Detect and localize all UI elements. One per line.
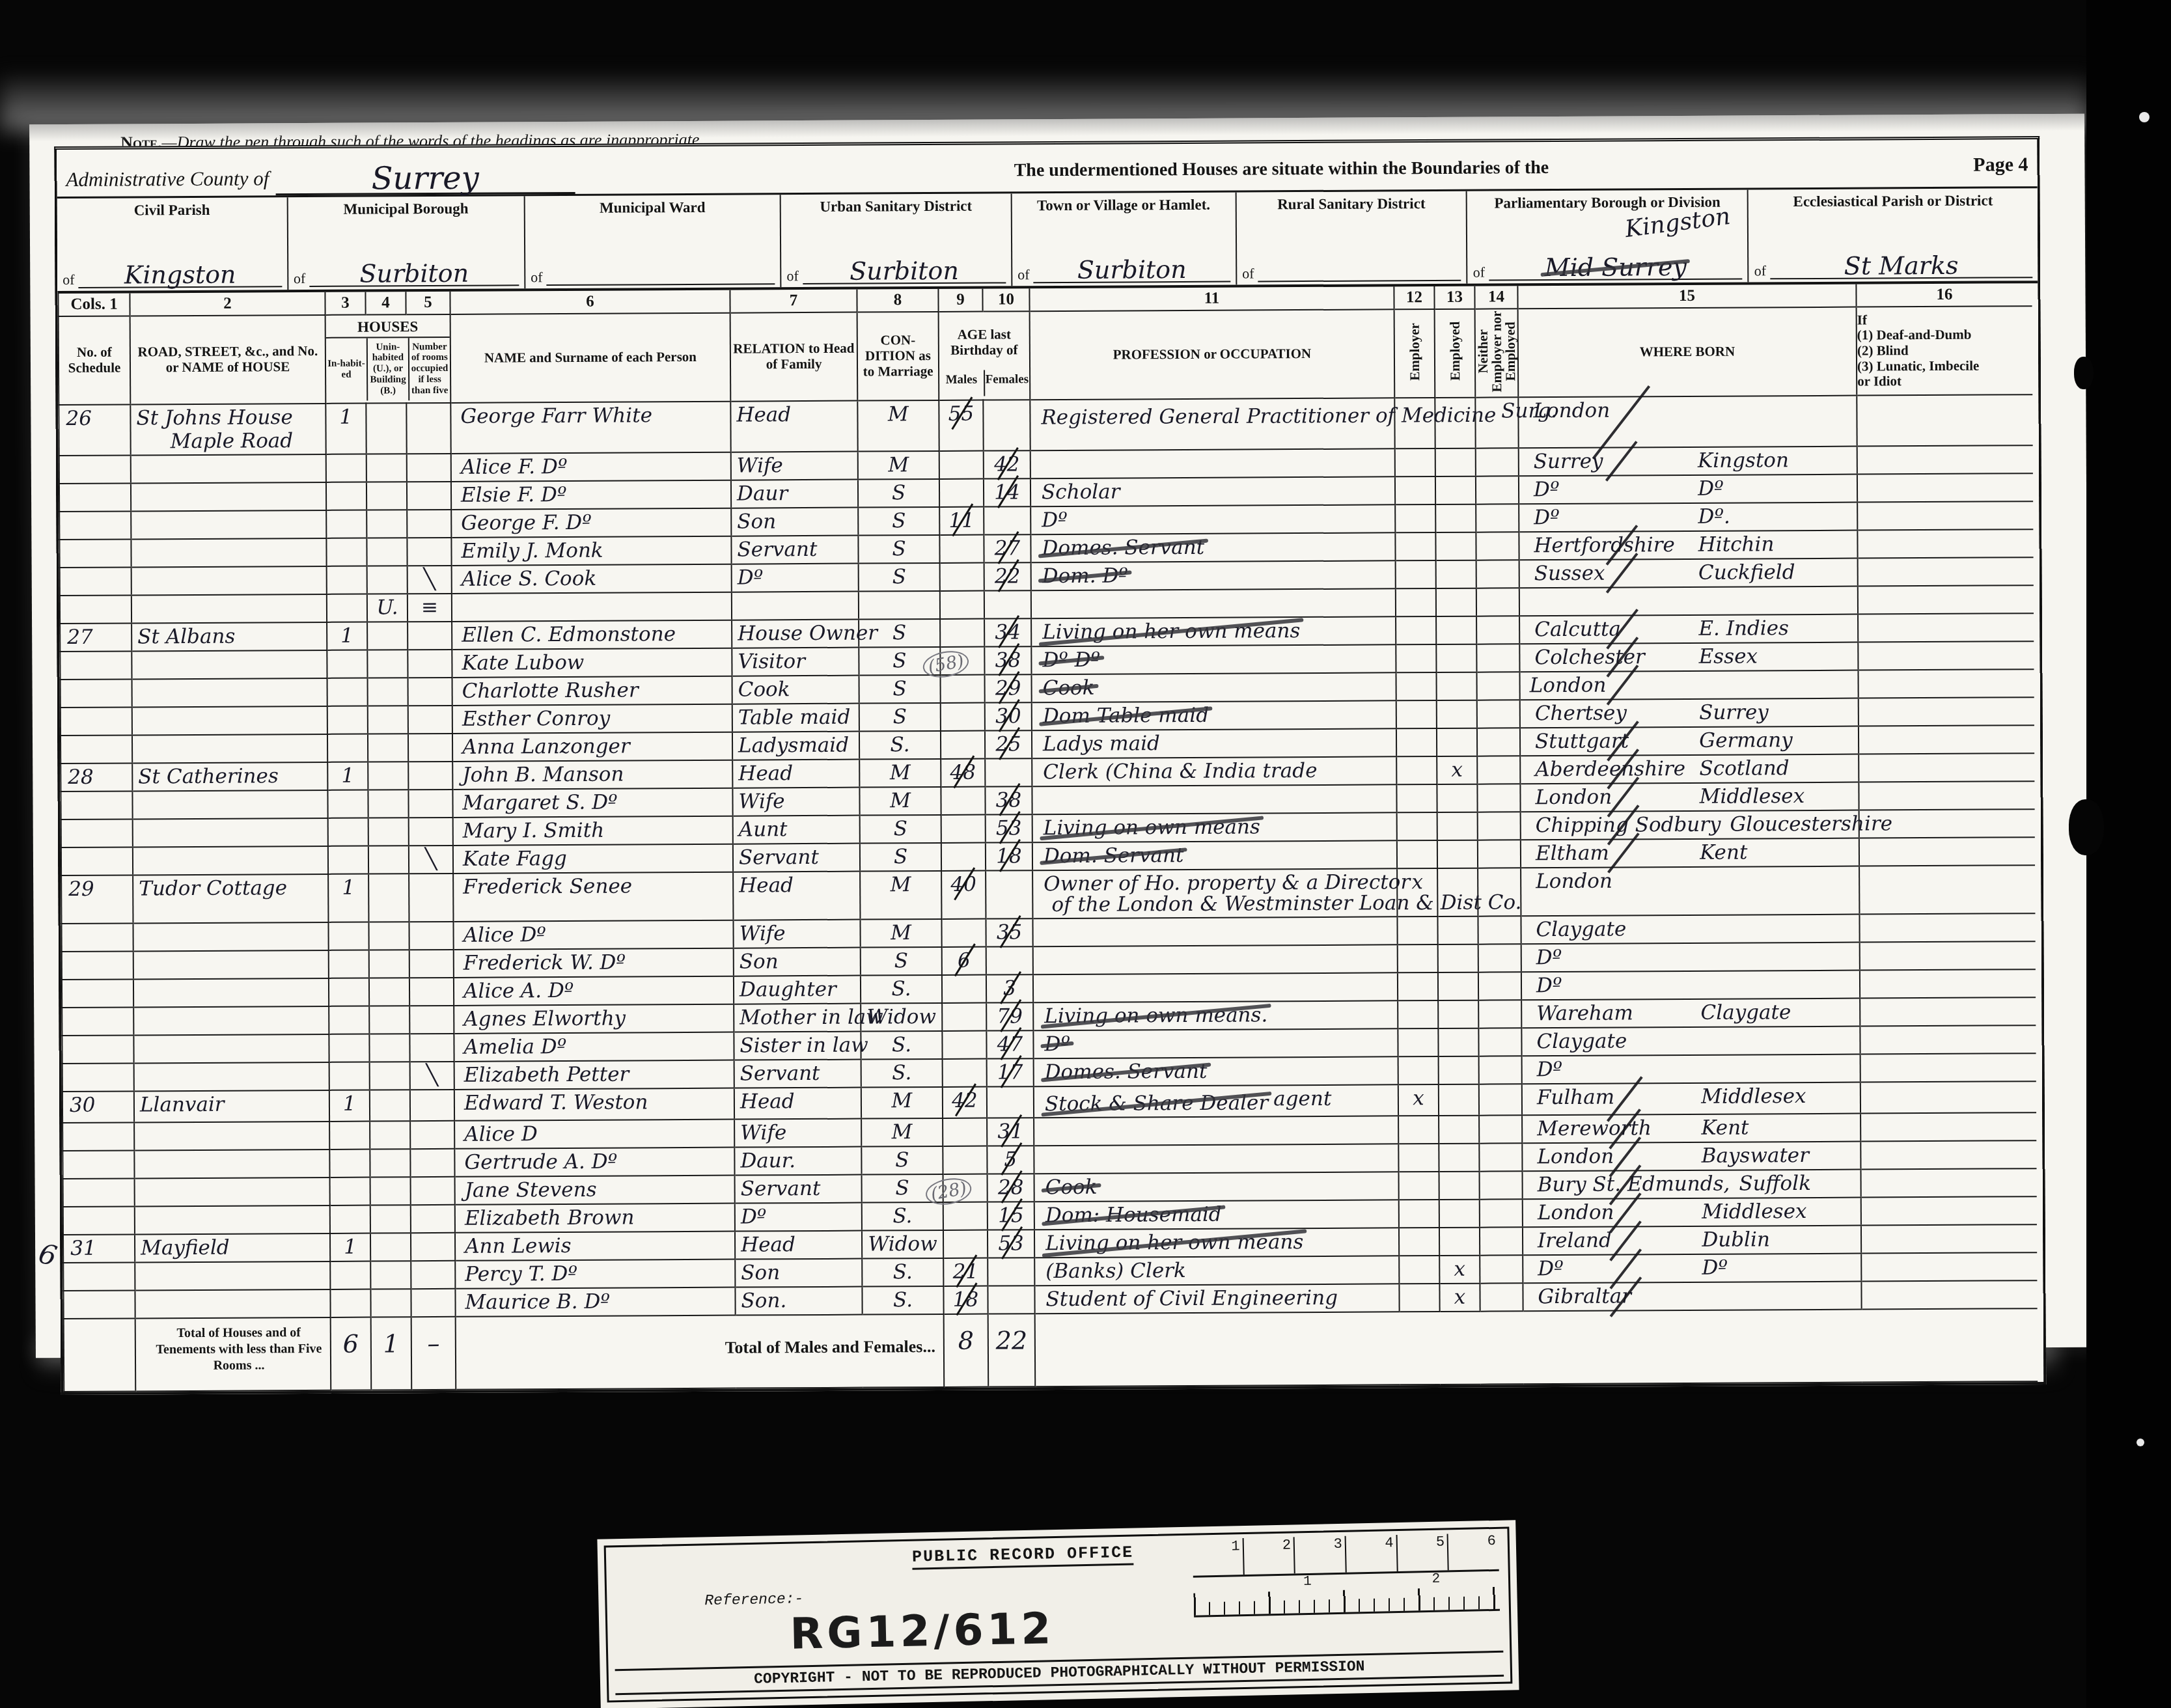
colnum-7: 7 (730, 290, 857, 313)
colnum-13: 13 (1434, 286, 1474, 309)
film-sprocket-dot (2139, 112, 2150, 122)
header-neither-label: Neither Employer nor Employed (1476, 309, 1517, 393)
cell-neither (1476, 476, 1519, 504)
cell-inhabited (329, 978, 369, 1006)
born-place: Dº (1523, 1255, 1693, 1282)
cell-infirmity (1861, 1168, 2037, 1197)
cell-employed (1437, 840, 1478, 868)
cell-age-male (942, 974, 986, 1002)
person-name: Elizabeth Petter (455, 1062, 629, 1086)
cell-house (133, 1034, 329, 1063)
district-field: Municipal Wardof (524, 195, 781, 288)
cell-rooms (409, 949, 454, 977)
cell-house (132, 678, 327, 707)
cell-age-female: 5 (987, 1146, 1034, 1174)
cell-age-male (941, 918, 986, 946)
district-of: of (1242, 265, 1254, 282)
cell-relation: Daur (731, 479, 858, 508)
header-age-group: AGE last Birthday of Males Females (939, 311, 1030, 400)
cell-house (134, 1122, 329, 1151)
cell-neither (1480, 1255, 1523, 1283)
inhabited-mark: 1 (339, 405, 352, 428)
condition: S (894, 949, 908, 972)
cell-house: St Albans (131, 622, 327, 651)
cell-where-born: Chipping SodburyGloucestershire (1521, 810, 1859, 840)
cell-uninhabited (367, 566, 408, 594)
district-label: Municipal Borough (293, 200, 518, 218)
condition: S (892, 565, 906, 588)
occupation: Scholar (1042, 480, 1120, 504)
cell-employer (1394, 397, 1435, 448)
cell-employer (1399, 1256, 1439, 1284)
colnum-10: 10 (982, 288, 1029, 311)
cell-employer (1396, 784, 1437, 812)
cell-schedule (60, 595, 131, 624)
cell-employed (1439, 1143, 1479, 1171)
cell-relation: Head (734, 1087, 861, 1119)
cell-rooms (409, 921, 453, 949)
cell-schedule (61, 679, 132, 708)
cell-relation: Servant (731, 535, 858, 564)
cell-age-male: 18 (943, 1286, 988, 1314)
cell-age-male (942, 1030, 986, 1058)
cell-relation: Son (734, 947, 861, 976)
cell-employed (1437, 784, 1477, 812)
relation: Table maid (733, 705, 851, 729)
person-name: Mary I. Smith (454, 818, 605, 842)
film-sprocket-dot (2136, 1439, 2144, 1446)
born-county: London (1520, 672, 1606, 698)
cell-schedule (61, 791, 132, 820)
house-name: Tudor Cottage (133, 874, 327, 902)
cell-rooms (409, 1033, 454, 1061)
cell-age-female: 30 (985, 702, 1032, 730)
cell-inhabited (327, 678, 368, 706)
cell-age-male (939, 450, 984, 478)
cell-age-male (939, 478, 984, 506)
cell-infirmity (1860, 969, 2036, 998)
cell-rooms (411, 1205, 455, 1233)
employer-mark: x (1411, 870, 1423, 894)
cell-neither (1480, 1171, 1523, 1199)
cell-rooms (408, 733, 452, 761)
born-place: Claygate (1522, 1027, 1691, 1054)
cell-occupation (1034, 1116, 1398, 1146)
cell-name: Percy T. Dº (455, 1259, 735, 1288)
cell-uninhabited (366, 403, 406, 454)
occupation: Student of Civil Engineering (1045, 1286, 1338, 1311)
cell-relation: Son (731, 507, 858, 536)
cell-schedule (59, 455, 131, 484)
occupation-line: Stock & Share Dealeragent (1034, 1085, 1398, 1117)
cell-relation: Son (735, 1258, 862, 1287)
cell-name: Emily J. Monk (451, 536, 731, 565)
age-female: 28 (994, 1174, 1028, 1200)
cell-employer (1396, 728, 1437, 756)
totals-males: 8 (944, 1314, 989, 1386)
cell-relation: Sister in law (734, 1031, 861, 1060)
occupation-line: Cook (1035, 1172, 1398, 1200)
header-road: ROAD, STREET, &c., and No. or NAME of HO… (130, 315, 326, 404)
cell-inhabited (326, 538, 366, 566)
cell-rooms: ╲ (409, 845, 453, 873)
header-males: Males (939, 370, 984, 396)
person-name: Frederick Senee (454, 874, 632, 898)
cell-neither (1476, 504, 1519, 532)
cell-inhabited (327, 594, 367, 622)
relation: Head (733, 762, 793, 785)
cell-neither (1479, 1084, 1522, 1116)
condition: Widow (867, 1005, 936, 1029)
colnum-4: 4 (365, 292, 406, 314)
cell-relation: Head (735, 1230, 862, 1259)
cell-where-born (1519, 586, 1858, 616)
cell-age-male (941, 674, 985, 702)
occupation-line: Dº (1031, 505, 1394, 533)
cell-age-female: 29 (985, 674, 1032, 702)
cell-employed (1436, 644, 1476, 672)
cell-name: Elsie F. Dº (451, 480, 731, 509)
cell-neither (1477, 756, 1520, 784)
cell-employed (1437, 700, 1477, 728)
cell-name: Margaret S. Dº (452, 788, 732, 817)
column-header-row: No. of Schedule ROAD, STREET, &c., and N… (59, 306, 2033, 404)
condition: M (888, 402, 909, 426)
cell-occupation (1032, 916, 1397, 946)
inhabited-mark: 1 (340, 624, 353, 647)
person-name: Kate Lubow (452, 650, 584, 674)
cell-age-male (940, 590, 984, 618)
reference-number: RG12/612 (790, 1603, 1055, 1659)
age-female: 53 (992, 815, 1026, 841)
colnum-8: 8 (857, 289, 938, 312)
cell-uninhabited (370, 1090, 410, 1122)
born-place: Calcutta (1520, 615, 1689, 642)
cell-inhabited: 1 (327, 762, 368, 790)
occupation: Dom. Servant (1044, 844, 1184, 868)
relation: Son (732, 510, 776, 533)
district-of: of (786, 268, 798, 284)
district-label: Town or Village or Hamlet. (1017, 197, 1230, 215)
condition: S (892, 537, 906, 560)
cell-uninhabited (368, 874, 409, 922)
cell-where-born: LondonMiddlesex (1523, 1197, 1861, 1227)
district-field: Ecclesiastical Parish or DistrictofSt Ma… (1747, 188, 2038, 282)
cell-infirmity (1860, 1140, 2036, 1169)
schedule-number: 30 (63, 1093, 96, 1116)
cell-infirmity (1857, 501, 2033, 530)
header-employed-label: Employed (1448, 322, 1461, 381)
header-houses-group: HOUSES In-habit-ed Unin-habited (U.), or… (325, 314, 451, 404)
age-female: 15 (994, 1202, 1028, 1228)
occupation-line: Scholar (1031, 477, 1394, 505)
cell-neither (1475, 397, 1518, 448)
cell-relation (732, 591, 859, 620)
cell-occupation: (Banks) Clerk (1034, 1256, 1399, 1286)
cell-condition: S (858, 534, 939, 563)
reference-label: Reference:- (704, 1590, 803, 1609)
cell-age-male (941, 786, 985, 814)
occupation: (Banks) Clerk (1045, 1259, 1186, 1283)
condition: S. (893, 1260, 913, 1284)
born-county: Dº (1693, 1254, 1728, 1280)
cell-employed (1439, 1171, 1480, 1199)
house-name: St Albans (132, 622, 326, 650)
born-place: Fulham (1523, 1083, 1692, 1110)
district-value: Surbiton (1077, 255, 1187, 284)
cell-neither (1479, 1143, 1522, 1171)
cell-rooms (407, 481, 451, 509)
cell-occupation: Ladys maid (1032, 728, 1396, 758)
occupation-line: Living on own means (1033, 813, 1396, 841)
cell-age-female: 27 (984, 534, 1030, 562)
cell-employed (1436, 560, 1476, 588)
cell-schedule (63, 1206, 135, 1235)
cell-house (132, 790, 327, 819)
cell-infirmity (1860, 997, 2036, 1026)
cell-inhabited (327, 734, 368, 762)
cell-employed (1439, 1056, 1479, 1084)
condition: S (892, 481, 906, 504)
cell-inhabited (328, 922, 368, 950)
cell-neither (1478, 1000, 1521, 1028)
cell-name: Frederick W. Dº (454, 948, 734, 977)
cell-house (133, 978, 329, 1007)
cell-where-born: DºDº. (1519, 502, 1857, 532)
cell-age-male (941, 730, 985, 758)
cell-infirmity (1861, 1280, 2037, 1309)
born-county: Germany (1690, 727, 1793, 754)
cell-age-female: 22 (984, 562, 1031, 590)
born-county: Middlesex (1691, 783, 1805, 810)
cell-age-male: 48 (941, 758, 985, 786)
cell-schedule (59, 539, 131, 568)
relation: Servant (732, 537, 817, 561)
cell-where-born: Dº (1522, 1054, 1860, 1084)
person-name: Alice A. Dº (454, 978, 574, 1002)
cell-where-born: ElthamKent (1521, 838, 1859, 868)
cell-where-born: FulhamMiddlesex (1522, 1082, 1860, 1115)
cell-schedule (61, 819, 133, 847)
cell-age-female: 17 (987, 1058, 1034, 1086)
cell-schedule (60, 651, 131, 680)
cell-infirmity (1857, 529, 2033, 558)
cell-age-female (988, 1258, 1034, 1286)
inhabited-mark: 1 (343, 1092, 356, 1115)
rooms-mark: ╲ (423, 568, 436, 591)
district-of: of (531, 269, 542, 286)
age-male: 42 (948, 1087, 982, 1113)
cell-inhabited (329, 950, 369, 978)
cell-house (135, 1261, 330, 1291)
cell-condition: S. (862, 1202, 943, 1231)
cell-condition: S. (862, 1286, 943, 1315)
cell-house (131, 510, 326, 539)
cell-occupation: Stock & Share Dealeragent (1034, 1084, 1398, 1118)
cell-relation: Cook (732, 675, 859, 704)
condition: S (894, 817, 907, 840)
cell-employed (1436, 616, 1476, 644)
cell-occupation: Scholar (1030, 476, 1395, 506)
ruler-inch-segment: 1 (1193, 1538, 1243, 1576)
district-value: Surbiton (850, 256, 959, 286)
cell-inhabited: 1 (325, 403, 366, 454)
cell-inhabited: 1 (330, 1233, 370, 1261)
cell-house (132, 734, 327, 763)
cell-name: Kate Lubow (452, 648, 732, 677)
person-name: Alice S. Cook (452, 566, 597, 590)
cell-neither (1476, 672, 1519, 700)
cell-neither (1476, 448, 1519, 476)
occupation: Stock & Share Dealer (1045, 1091, 1268, 1116)
cell-schedule (62, 1007, 133, 1036)
district-of: of (1473, 264, 1485, 281)
cell-schedule (62, 979, 133, 1008)
cell-relation: Head (730, 400, 857, 452)
person-name: Alice F. Dº (452, 454, 568, 478)
cell-neither (1478, 944, 1521, 972)
cell-rooms (411, 1261, 455, 1289)
cell-age-male (943, 1230, 988, 1258)
condition: S (892, 621, 906, 644)
cell-age-male (942, 1002, 986, 1030)
cell-rooms (411, 1289, 455, 1317)
person-name: Charlotte Rusher (453, 678, 639, 702)
cell-occupation (1033, 944, 1398, 974)
cell-age-male (941, 842, 986, 870)
cell-neither (1476, 532, 1519, 560)
copyright-line: COPYRIGHT - NOT TO BE REPRODUCED PHOTOGR… (615, 1651, 1504, 1696)
occupation-line: Dom. Servant (1033, 841, 1396, 869)
cell-house: St Johns HouseMaple Road (130, 403, 325, 455)
cell-relation: Dº (732, 563, 859, 592)
condition: S. (893, 1288, 913, 1312)
cell-relation: Wife (732, 787, 859, 816)
cell-relation: Son. (735, 1286, 862, 1315)
cell-occupation: Dom. Servant (1032, 840, 1397, 870)
age-female: 79 (993, 1003, 1027, 1029)
born-county: Hitchin (1689, 531, 1775, 558)
schedule-number: 26 (59, 406, 92, 430)
colnum-16: 16 (1856, 283, 2032, 307)
cell-condition: M (861, 1086, 943, 1118)
relation: House Owner (732, 621, 878, 645)
cell-age-female (988, 1286, 1034, 1314)
ruler-inch-segment: 6 (1447, 1533, 1499, 1571)
cell-condition: Widow (862, 1230, 943, 1259)
employed-mark: x (1451, 758, 1463, 781)
cell-employer (1396, 672, 1436, 700)
cell-age-female: 35 (986, 918, 1032, 946)
cell-relation: Aunt (733, 815, 860, 844)
cell-uninhabited (368, 922, 409, 950)
cell-condition: M (859, 758, 941, 787)
cell-employer (1399, 1200, 1439, 1228)
cell-infirmity (1858, 641, 2034, 670)
cell-house (135, 1205, 330, 1235)
cell-where-born: London (1518, 395, 1857, 448)
cell-age-male (941, 814, 986, 842)
cell-employer (1396, 588, 1436, 616)
occupation-line: (Banks) Clerk (1035, 1256, 1398, 1284)
cell-name: George F. Dº (451, 508, 731, 537)
cell-schedule: 28 (61, 763, 132, 792)
cell-uninhabited (370, 1261, 411, 1289)
condition: S (892, 509, 906, 532)
cell-where-born: Bury St. Edmunds,Suffolk (1523, 1169, 1861, 1199)
cell-employer (1398, 972, 1438, 1000)
header-employer-label: Employer (1407, 323, 1421, 381)
cell-employed (1439, 1084, 1479, 1116)
born-county: Dº. (1689, 503, 1730, 529)
cell-employer (1396, 560, 1436, 588)
cell-occupation: Living on own means. (1033, 1000, 1398, 1030)
schedule-number: 29 (62, 877, 94, 900)
district-label: Rural Sanitary District (1241, 195, 1461, 213)
cell-condition: S (859, 618, 940, 647)
cell-condition: M (860, 918, 941, 947)
cell-age-male: 55 (939, 400, 983, 450)
cell-inhabited (326, 454, 366, 482)
born-place: Colchester (1520, 643, 1689, 670)
header-uninhabited: Unin-habited (U.), or Building (B.) (366, 338, 409, 400)
ruler-cm-1: 1 (1303, 1575, 1312, 1590)
cell-occupation (1034, 1144, 1398, 1174)
cell-where-born: SurreyKingston (1519, 446, 1857, 476)
cell-employer (1398, 944, 1438, 972)
district-of: of (62, 271, 74, 288)
cell-employed (1437, 728, 1477, 756)
person-name: Ellen C. Edmonstone (452, 622, 676, 647)
cell-schedule: 30 (62, 1091, 134, 1123)
cell-where-born: ColchesterEssex (1519, 642, 1858, 672)
employer-mark: x (1413, 1086, 1424, 1110)
colnum-6: 6 (450, 290, 730, 314)
cell-schedule (62, 1063, 134, 1092)
cell-employed (1435, 397, 1475, 448)
cell-rooms (406, 402, 450, 453)
condition: S (895, 1148, 909, 1172)
cell-employed (1436, 588, 1476, 616)
cell-infirmity (1861, 1196, 2037, 1225)
occupation-line: Student of Civil Engineering (1035, 1284, 1398, 1312)
born-place: London (1523, 1199, 1693, 1226)
cell-neither (1480, 1199, 1523, 1227)
header-profession: PROFESSION or OCCUPATION (1030, 309, 1395, 399)
cell-rooms (410, 1089, 454, 1121)
condition: S. (892, 1033, 911, 1056)
cell-rooms (409, 817, 453, 845)
cell-uninhabited (368, 818, 409, 846)
cell-schedule (63, 1262, 135, 1291)
cell-employer (1399, 1228, 1439, 1256)
microfilm-scan: 6 Administrative County of Surrey The un… (0, 0, 2171, 1708)
margin-annotation: 6 (36, 1237, 61, 1273)
cell-rooms (408, 649, 452, 677)
cell-infirmity (1860, 1081, 2036, 1114)
county-label: Administrative County of (66, 167, 269, 197)
cell-house (131, 566, 327, 595)
cell-age-male: 6 (942, 946, 986, 974)
colnum-12: 12 (1394, 286, 1434, 309)
occupation: Ladys maid (1043, 732, 1160, 756)
colnum-3: 3 (325, 292, 365, 315)
cell-occupation (1030, 448, 1395, 478)
cell-name: Jane Stevens (455, 1175, 735, 1204)
totals-mf-label: Total of Males and Females... (456, 1314, 945, 1390)
cell-occupation: Dom. Dº (1031, 560, 1396, 590)
cell-age-female: 15 (988, 1202, 1034, 1230)
